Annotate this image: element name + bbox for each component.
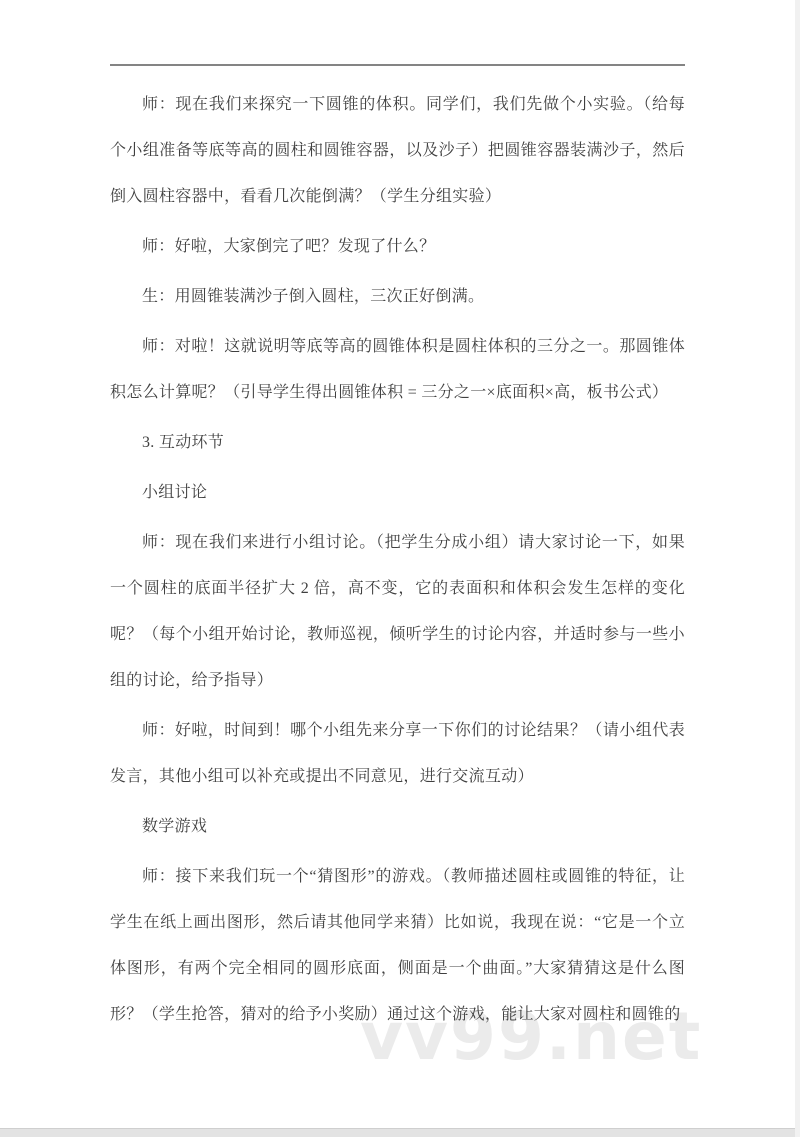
section-heading-group-discussion: 小组讨论 <box>110 470 685 516</box>
paragraph-student-answer: 生：用圆锥装满沙子倒入圆柱，三次正好倒满。 <box>110 274 685 320</box>
paragraph-teacher-question: 师：好啦，大家倒完了吧？发现了什么？ <box>110 224 685 270</box>
paragraph-teacher-guess-game: 师：接下来我们玩一个“猜图形”的游戏。（教师描述圆柱或圆锥的特征，让学生在纸上画… <box>110 854 685 1038</box>
page-bottom-edge <box>0 1128 800 1137</box>
paragraph-teacher-formula: 师：对啦！这就说明等底等高的圆锥体积是圆柱体积的三分之一。那圆锥体积怎么计算呢？… <box>110 324 685 416</box>
paragraph-teacher-discussion-task: 师：现在我们来进行小组讨论。（把学生分成小组）请大家讨论一下，如果一个圆柱的底面… <box>110 520 685 704</box>
document-page: 师：现在我们来探究一下圆锥的体积。同学们，我们先做个小实验。（给每个小组准备等底… <box>0 0 800 1137</box>
section-heading-interactive: 3. 互动环节 <box>110 420 685 466</box>
header-rule <box>110 64 685 66</box>
page-right-edge <box>795 0 800 1137</box>
document-content: 师：现在我们来探究一下圆锥的体积。同学们，我们先做个小实验。（给每个小组准备等底… <box>110 82 685 1042</box>
paragraph-teacher-share-results: 师：好啦，时间到！哪个小组先来分享一下你们的讨论结果？（请小组代表发言，其他小组… <box>110 708 685 800</box>
paragraph-teacher-cone-experiment: 师：现在我们来探究一下圆锥的体积。同学们，我们先做个小实验。（给每个小组准备等底… <box>110 82 685 220</box>
section-heading-math-game: 数学游戏 <box>110 804 685 850</box>
